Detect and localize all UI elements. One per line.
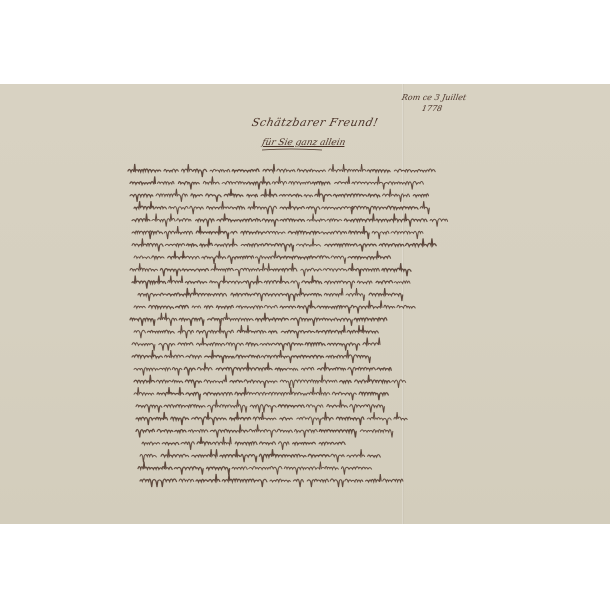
handwritten-word xyxy=(202,256,215,264)
handwritten-word xyxy=(269,288,321,301)
handwritten-word xyxy=(284,462,338,475)
handwritten-word xyxy=(224,189,243,197)
handwritten-word xyxy=(360,430,393,438)
handwritten-word xyxy=(132,343,155,351)
text-line xyxy=(132,238,436,251)
handwritten-word xyxy=(260,442,276,445)
handwritten-word xyxy=(134,256,150,259)
handwritten-word xyxy=(136,412,168,425)
handwritten-word xyxy=(231,293,254,296)
handwritten-word xyxy=(272,176,287,184)
handwritten-word xyxy=(322,207,353,215)
handwritten-word xyxy=(197,362,212,370)
handwritten-word xyxy=(197,338,225,346)
handwritten-word xyxy=(178,182,199,190)
handwritten-word xyxy=(372,231,389,239)
handwritten-word xyxy=(359,392,388,400)
handwritten-word xyxy=(196,226,229,239)
handwritten-word xyxy=(326,350,370,363)
handwritten-word xyxy=(235,387,246,395)
handwritten-word xyxy=(192,306,201,308)
handwritten-word xyxy=(220,449,240,457)
handwritten-word xyxy=(397,305,415,308)
handwritten-word xyxy=(210,424,247,437)
handwritten-word xyxy=(210,169,230,172)
handwritten-word xyxy=(248,201,277,214)
handwritten-word xyxy=(316,325,345,333)
handwritten-word xyxy=(376,380,390,383)
handwritten-word xyxy=(247,387,292,395)
handwritten-word xyxy=(184,367,195,375)
text-line xyxy=(132,276,410,289)
handwritten-word xyxy=(211,263,233,271)
handwritten-word xyxy=(331,256,346,264)
handwritten-word xyxy=(385,181,424,189)
handwritten-word xyxy=(130,263,158,271)
handwritten-word xyxy=(298,300,316,313)
handwritten-word xyxy=(288,231,319,234)
handwritten-word xyxy=(136,429,155,437)
handwritten-word xyxy=(193,169,207,177)
text-line xyxy=(140,474,403,487)
text-line xyxy=(134,201,429,214)
handwritten-word xyxy=(149,231,162,234)
handwritten-word xyxy=(324,288,343,296)
text-line xyxy=(134,325,378,338)
text-line xyxy=(134,387,388,400)
handwritten-word xyxy=(367,169,390,172)
handwritten-word xyxy=(349,226,369,239)
handwritten-word xyxy=(413,194,428,197)
text-line xyxy=(130,189,429,202)
handwritten-word xyxy=(279,194,291,196)
handwritten-word xyxy=(188,430,208,433)
handwritten-word xyxy=(332,392,356,400)
handwritten-word xyxy=(185,281,206,284)
handwritten-word xyxy=(277,256,316,259)
handwritten-word xyxy=(149,305,174,308)
handwritten-word xyxy=(230,380,242,382)
handwritten-word xyxy=(366,474,382,482)
handwritten-word xyxy=(192,412,227,425)
handwritten-word xyxy=(291,281,299,289)
handwritten-word xyxy=(264,276,289,284)
handwritten-word xyxy=(174,467,203,475)
handwritten-word xyxy=(319,429,356,437)
handwritten-word xyxy=(138,293,167,301)
handwritten-word xyxy=(134,368,158,376)
handwritten-word xyxy=(322,412,334,420)
handwritten-word xyxy=(140,479,177,487)
handwritten-word xyxy=(249,466,282,474)
handwritten-word xyxy=(315,318,353,326)
handwritten-word xyxy=(297,417,321,425)
handwritten-word xyxy=(280,417,293,420)
handwritten-word xyxy=(335,442,345,445)
handwritten-word xyxy=(136,405,162,413)
handwritten-word xyxy=(306,405,323,413)
handwritten-word xyxy=(221,313,254,321)
handwritten-word xyxy=(181,442,194,450)
handwritten-word xyxy=(351,300,382,313)
handwritten-word xyxy=(302,276,322,284)
text-line xyxy=(138,462,372,475)
handwritten-word xyxy=(280,306,296,308)
handwritten-word xyxy=(138,462,172,470)
handwritten-word xyxy=(253,412,276,420)
handwritten-word xyxy=(406,219,427,227)
handwritten-word xyxy=(301,367,314,370)
handwritten-word xyxy=(394,281,410,284)
handwritten-word xyxy=(348,251,391,259)
handwritten-word xyxy=(208,400,247,413)
handwritten-word xyxy=(315,189,332,202)
handwritten-word xyxy=(205,350,235,363)
handwritten-word xyxy=(247,176,270,189)
handwritten-word xyxy=(130,194,153,202)
handwritten-word xyxy=(392,380,406,388)
handwritten-word xyxy=(134,330,145,338)
handwritten-word xyxy=(249,424,276,437)
handwritten-word xyxy=(308,454,329,457)
handwritten-word xyxy=(204,375,227,383)
handwritten-word xyxy=(261,350,291,363)
handwritten-word xyxy=(266,231,285,234)
handwritten-word xyxy=(196,325,233,338)
handwritten-word xyxy=(341,467,371,475)
handwritten-word xyxy=(277,429,292,432)
handwritten-word xyxy=(235,263,270,276)
handwritten-word xyxy=(357,281,372,284)
handwritten-word xyxy=(293,479,303,487)
text-line xyxy=(136,424,393,437)
handwritten-word xyxy=(209,474,220,482)
handwritten-word xyxy=(228,256,254,264)
handwritten-word xyxy=(367,412,391,425)
text-line xyxy=(130,313,387,326)
handwritten-word xyxy=(216,362,255,375)
handwritten-word xyxy=(241,454,257,462)
handwritten-word xyxy=(307,479,328,487)
handwritten-word xyxy=(186,392,201,400)
handwritten-word xyxy=(306,207,320,214)
handwritten-word xyxy=(275,368,286,370)
handwritten-word xyxy=(132,350,162,358)
handwritten-word xyxy=(352,176,385,189)
handwritten-word xyxy=(196,219,215,227)
handwritten-word xyxy=(237,325,266,333)
handwritten-word xyxy=(344,214,374,222)
handwritten-word xyxy=(187,244,198,247)
handwritten-word xyxy=(347,325,378,333)
handwritten-word xyxy=(190,206,204,214)
handwritten-word xyxy=(266,380,278,382)
handwritten-word xyxy=(230,412,251,420)
handwritten-word xyxy=(155,206,166,209)
handwritten-word xyxy=(305,343,325,346)
handwritten-word xyxy=(246,343,258,346)
handwritten-word xyxy=(394,412,407,420)
handwritten-word xyxy=(295,454,307,457)
handwritten-word xyxy=(317,306,350,314)
handwritten-word xyxy=(276,343,303,351)
handwritten-word xyxy=(327,400,348,408)
handwritten-word xyxy=(256,251,277,264)
handwritten-word xyxy=(307,214,326,222)
handwritten-word xyxy=(178,325,194,338)
handwritten-word xyxy=(159,343,175,350)
handwritten-word xyxy=(225,281,242,283)
handwritten-word xyxy=(327,219,342,222)
handwritten-word xyxy=(368,455,381,457)
handwritten-word xyxy=(232,467,247,470)
handwritten-word xyxy=(132,214,150,222)
handwritten-word xyxy=(230,206,245,209)
text-line xyxy=(134,375,406,388)
handwritten-word xyxy=(292,405,305,407)
handwritten-word xyxy=(168,276,183,283)
handwritten-word xyxy=(130,318,155,326)
handwritten-word xyxy=(182,269,195,271)
handwritten-word xyxy=(319,442,334,445)
handwritten-word xyxy=(216,251,226,259)
text-line xyxy=(134,362,391,375)
handwritten-word xyxy=(210,276,225,289)
handwritten-word xyxy=(179,479,194,482)
handwritten-word xyxy=(191,194,203,197)
text-line xyxy=(138,288,403,301)
handwritten-word xyxy=(130,176,156,184)
handwritten-word xyxy=(406,238,437,246)
text-line xyxy=(128,164,435,177)
handwritten-word xyxy=(376,214,407,222)
handwritten-word xyxy=(161,449,176,457)
handwritten-word xyxy=(232,169,259,172)
handwritten-word xyxy=(350,405,368,413)
handwritten-word xyxy=(287,368,298,370)
handwritten-word xyxy=(204,392,220,395)
handwritten-word xyxy=(348,367,376,375)
handwritten-word xyxy=(335,176,350,184)
handwritten-word xyxy=(348,263,361,276)
handwritten-word xyxy=(152,214,175,227)
handwritten-word xyxy=(296,238,320,246)
text-line xyxy=(130,263,411,276)
handwritten-word xyxy=(293,442,316,444)
handwritten-word xyxy=(207,467,230,475)
handwritten-word xyxy=(160,269,180,277)
handwritten-word xyxy=(183,256,199,258)
handwritten-word xyxy=(182,164,193,172)
handwritten-word xyxy=(236,355,260,358)
handwritten-word xyxy=(231,231,237,233)
handwritten-word xyxy=(157,387,184,395)
handwritten-word xyxy=(156,380,171,383)
handwritten-word xyxy=(186,355,202,358)
text-line xyxy=(142,437,345,450)
text-line xyxy=(140,449,380,462)
handwritten-word xyxy=(128,164,161,172)
handwritten-word xyxy=(217,214,252,222)
handwritten-word xyxy=(164,226,192,239)
handwritten-word xyxy=(270,479,290,482)
handwritten-word xyxy=(301,268,322,276)
handwritten-word xyxy=(291,318,315,326)
handwritten-word xyxy=(159,368,171,371)
handwritten-word xyxy=(226,343,243,351)
handwritten-word xyxy=(265,244,279,246)
handwritten-body-text xyxy=(0,0,610,610)
handwritten-word xyxy=(158,313,177,326)
handwritten-word xyxy=(269,331,277,333)
handwritten-word xyxy=(351,206,386,214)
handwritten-word xyxy=(197,437,211,445)
handwritten-word xyxy=(216,305,233,308)
handwritten-word xyxy=(176,454,189,457)
handwritten-word xyxy=(256,362,273,370)
handwritten-word xyxy=(254,293,269,301)
handwritten-word xyxy=(215,238,238,246)
handwritten-word xyxy=(132,238,163,251)
handwritten-word xyxy=(291,355,323,358)
handwritten-word xyxy=(260,343,275,345)
handwritten-word xyxy=(152,256,164,259)
handwritten-word xyxy=(293,194,302,197)
handwritten-word xyxy=(241,231,266,234)
handwritten-word xyxy=(172,380,182,383)
handwritten-word xyxy=(430,219,448,227)
handwritten-word xyxy=(132,276,166,289)
handwritten-word xyxy=(262,219,278,227)
handwritten-word xyxy=(325,244,357,247)
handwritten-word xyxy=(208,318,222,326)
handwritten-word xyxy=(387,206,418,209)
handwritten-word xyxy=(379,243,404,246)
subtitle-underline xyxy=(262,149,322,150)
handwritten-word xyxy=(196,479,208,481)
handwritten-word xyxy=(420,201,429,214)
text-line xyxy=(136,412,407,425)
handwritten-word xyxy=(171,417,189,425)
handwritten-word xyxy=(367,405,384,413)
handwritten-word xyxy=(172,367,182,375)
handwritten-word xyxy=(330,479,343,487)
handwritten-word xyxy=(178,343,193,345)
handwritten-word xyxy=(281,330,314,338)
handwritten-word xyxy=(325,281,355,289)
text-line xyxy=(132,350,370,363)
handwritten-word xyxy=(179,318,204,326)
handwritten-word xyxy=(259,449,294,462)
handwritten-word xyxy=(188,288,226,296)
handwritten-word xyxy=(359,244,376,252)
handwritten-word xyxy=(244,380,266,388)
handwritten-word xyxy=(134,201,154,209)
handwritten-word xyxy=(384,305,395,308)
handwritten-word xyxy=(292,387,330,395)
handwritten-word xyxy=(132,231,151,239)
handwritten-word xyxy=(317,256,330,259)
handwritten-word xyxy=(177,218,191,221)
handwritten-word xyxy=(369,288,403,301)
handwritten-word xyxy=(156,189,187,202)
handwritten-word xyxy=(196,269,209,271)
handwritten-word xyxy=(236,306,263,309)
handwritten-word xyxy=(140,454,156,462)
handwritten-word xyxy=(263,164,275,172)
handwritten-word xyxy=(264,305,277,308)
handwritten-word xyxy=(134,375,155,383)
handwritten-word xyxy=(297,169,310,172)
handwritten-word xyxy=(241,244,264,247)
handwritten-word xyxy=(355,375,377,383)
handwritten-word xyxy=(243,276,262,289)
handwritten-word xyxy=(383,479,403,482)
handwritten-word xyxy=(165,244,185,247)
handwritten-word xyxy=(391,231,423,239)
handwritten-word xyxy=(162,442,179,444)
text-line xyxy=(132,338,380,351)
handwritten-word xyxy=(164,405,205,408)
handwritten-word xyxy=(222,181,247,184)
text-line xyxy=(134,300,415,313)
handwritten-word xyxy=(280,375,337,388)
handwritten-word xyxy=(207,201,230,209)
handwritten-word xyxy=(273,318,289,321)
handwritten-word xyxy=(336,417,364,425)
handwritten-word xyxy=(250,405,276,413)
handwritten-word xyxy=(354,318,387,321)
text-line xyxy=(132,226,423,239)
text-line xyxy=(136,400,384,413)
handwritten-word xyxy=(304,195,312,197)
handwritten-word xyxy=(345,479,363,482)
handwritten-word xyxy=(318,362,346,370)
handwritten-word xyxy=(164,169,178,172)
handwritten-word xyxy=(206,194,221,202)
handwritten-word xyxy=(212,437,231,445)
handwritten-word xyxy=(277,169,295,172)
text-line xyxy=(134,251,391,264)
handwritten-word xyxy=(321,231,347,234)
handwritten-word xyxy=(168,251,184,259)
handwritten-word xyxy=(235,442,257,445)
handwritten-word xyxy=(165,350,184,358)
handwritten-word xyxy=(261,189,277,197)
text-line xyxy=(130,176,423,189)
handwritten-word xyxy=(247,194,258,196)
handwritten-word xyxy=(134,306,145,308)
handwritten-word xyxy=(376,281,393,284)
handwritten-word xyxy=(347,449,365,457)
handwritten-word xyxy=(363,338,380,345)
handwritten-word xyxy=(328,343,360,351)
handwritten-word xyxy=(279,442,290,450)
handwritten-word xyxy=(157,429,173,432)
handwritten-word xyxy=(394,169,435,172)
handwritten-word xyxy=(329,164,366,172)
handwritten-word xyxy=(142,442,160,445)
handwritten-word xyxy=(147,330,174,333)
handwritten-word xyxy=(383,189,410,202)
handwritten-word xyxy=(204,306,213,308)
handwritten-word xyxy=(312,181,330,184)
handwritten-word xyxy=(279,244,294,252)
handwritten-word xyxy=(200,238,213,246)
handwritten-word xyxy=(270,263,297,271)
handwritten-word xyxy=(256,313,273,321)
handwritten-word xyxy=(295,430,318,438)
